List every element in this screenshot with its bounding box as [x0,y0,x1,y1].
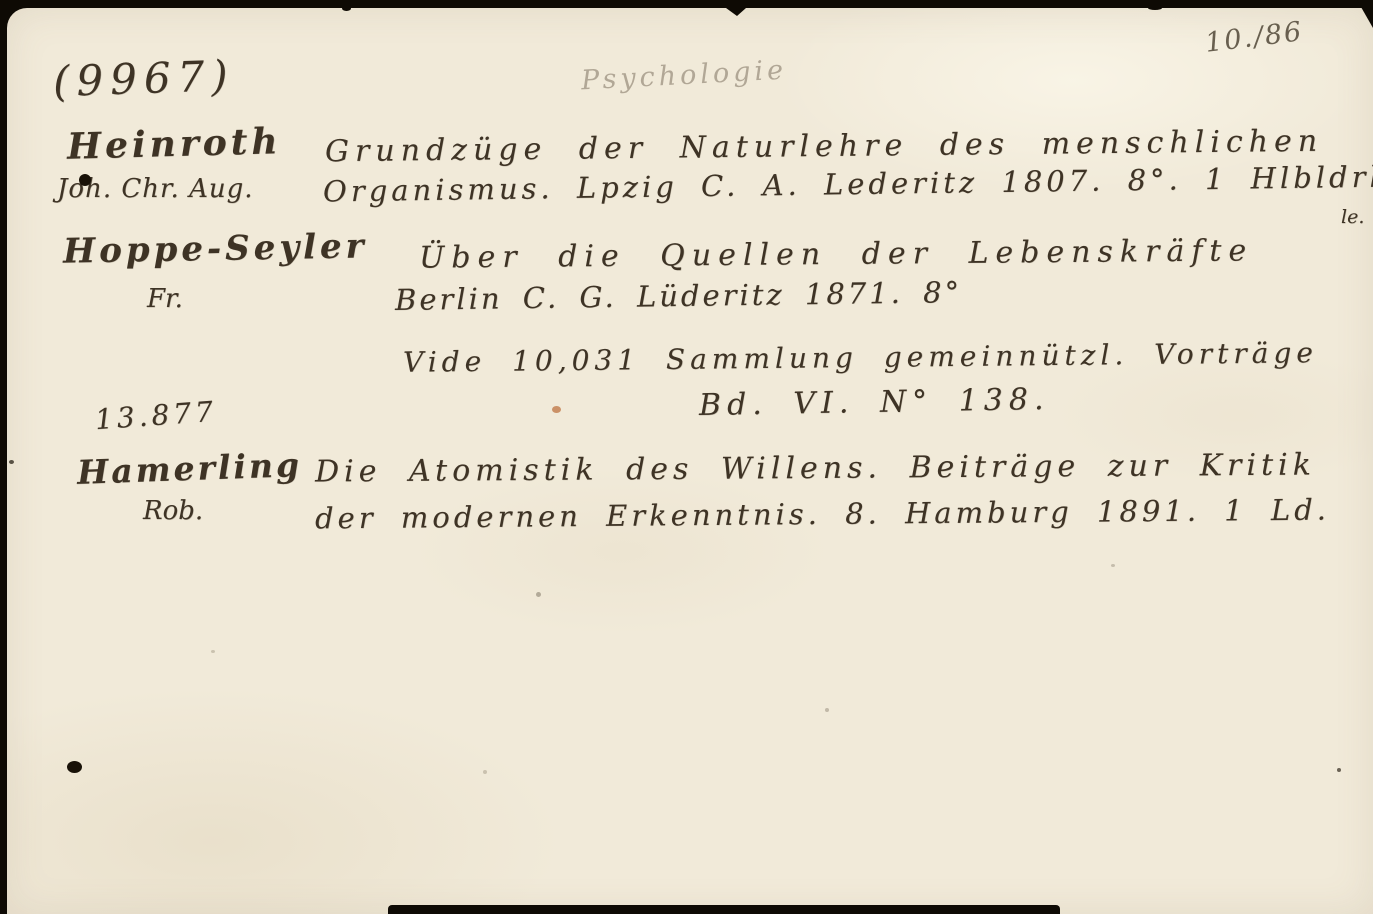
paper-speck [483,770,487,774]
accession-number: (9967) [52,55,235,103]
ink-blot [79,174,91,186]
entry2-title-line1: Über die Quellen der Lebenskräfte [419,236,1253,273]
rust-stain [552,406,561,413]
ink-blot [67,761,82,773]
entry3-title-line2: der modernen Erkenntnis. 8. Hamburg 1891… [315,496,1330,534]
entry2-author-surname: Hoppe-Seyler [63,229,368,268]
paper-speck [211,650,215,653]
pencil-shelf-mark: 10./86 [1204,18,1305,57]
catalog-card: (9967) Psychologie 10./86 Heinroth Grund… [7,8,1373,914]
paper-speck [1111,564,1115,567]
entry1-title-line2: Organismus. Lpzig C. A. Lederitz 1807. 8… [323,163,1373,207]
paper-speck [536,592,541,597]
paper-speck [1337,768,1341,772]
paper-speck [825,708,829,712]
entry2-reference-line2: Bd. VI. N° 138. [699,385,1050,421]
shelf-number: 13.877 [94,398,218,434]
entry1-binding-note: le. [1341,208,1364,227]
entry2-imprint: Berlin C. G. Lüderitz 1871. 8° [395,278,962,315]
scan-background-edge [0,0,7,470]
scan-background-edge [388,905,1060,914]
entry3-author-surname: Hamerling [76,448,302,489]
scan-background-edge [342,6,351,11]
entry2-author-forenames: Fr. [147,286,183,312]
scan-background-edge [0,460,5,520]
entry3-author-forenames: Rob. [143,498,203,524]
paper-speck [9,460,14,464]
scan-background-edge [1148,6,1162,10]
entry1-author-surname: Heinroth [67,123,282,165]
entry2-reference-line1: Vide 10,031 Sammlung gemeinnützl. Vorträ… [403,339,1318,377]
entry1-title-line1: Grundzüge der Naturlehre des menschliche… [325,127,1323,167]
pencil-subject-heading: Psychologie [580,57,787,95]
entry3-title-line1: Die Atomistik des Willens. Beiträge zur … [315,451,1316,488]
